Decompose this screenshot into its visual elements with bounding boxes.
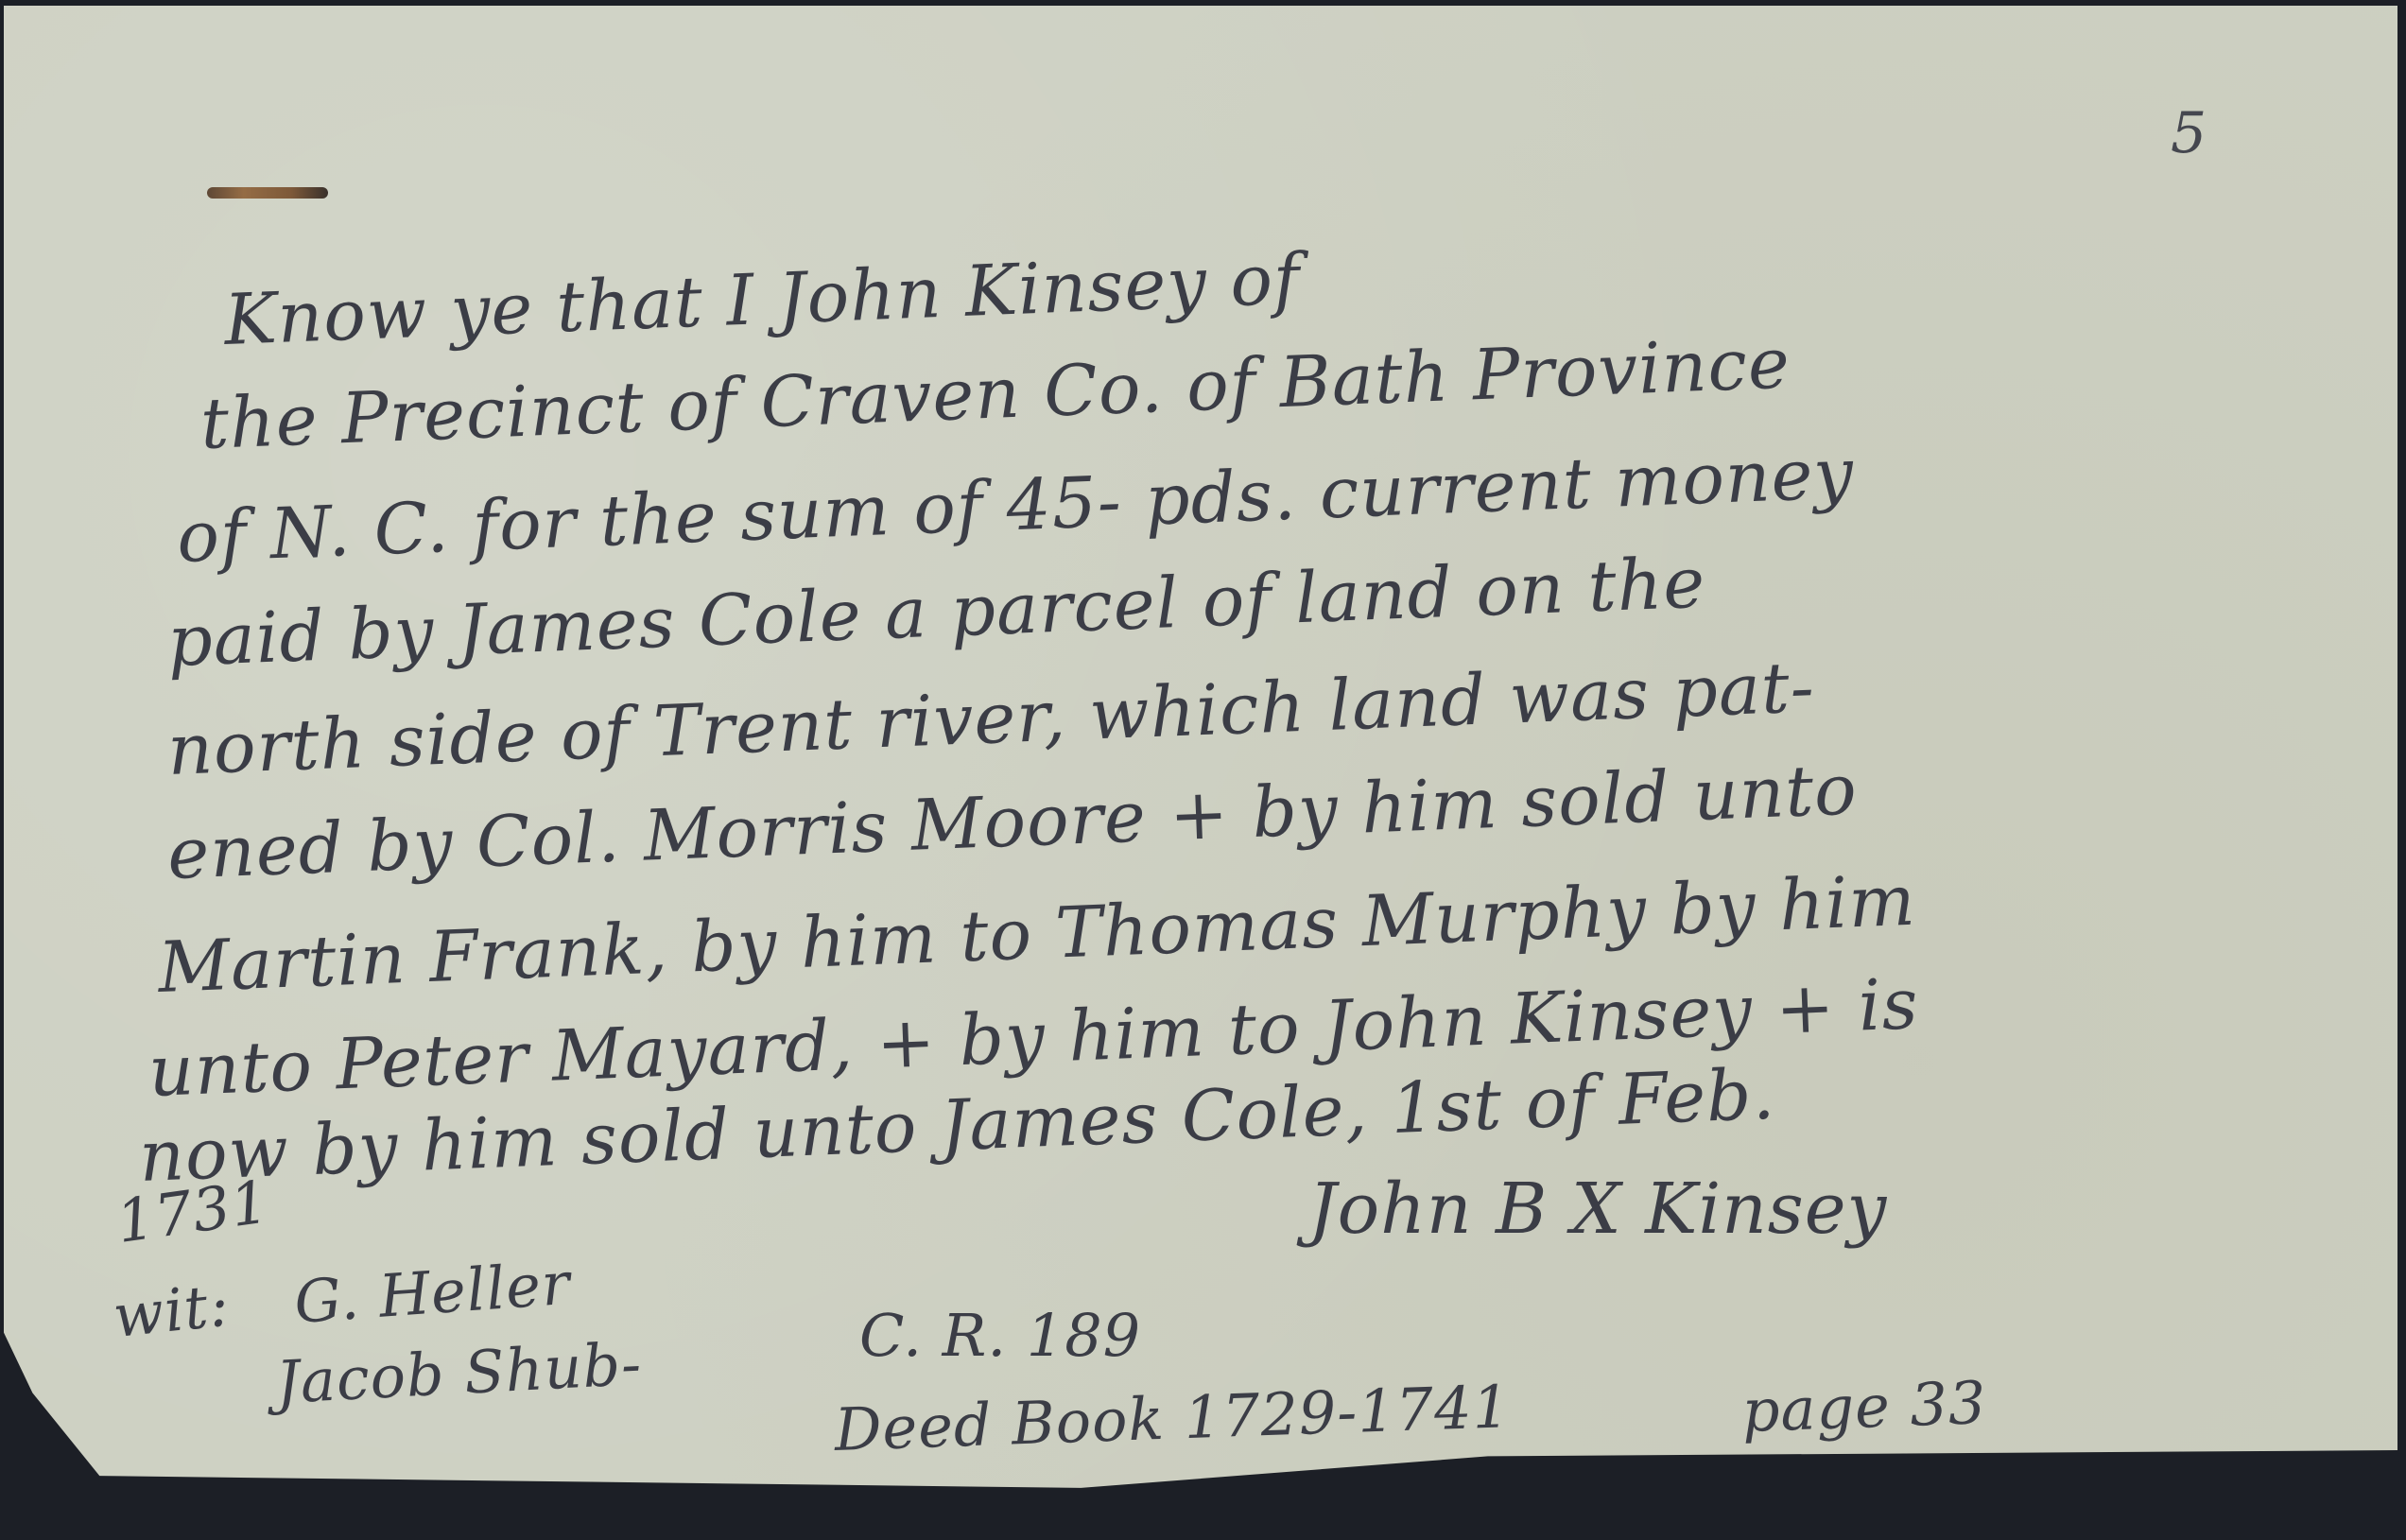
witness-2: Jacob Shub-	[274, 1329, 644, 1417]
record-reference: C. R. 189	[859, 1301, 1141, 1370]
paper-sheet: 5 Know ye that I John Kinsey of the Prec…	[4, 6, 2397, 1514]
witness-1: G. Heller	[292, 1249, 573, 1337]
page-number-mark: 5	[2171, 100, 2207, 166]
body-line-1: Know ye that I John Kinsey of	[223, 238, 1302, 361]
deed-book-reference: Deed Book 1729-1741	[833, 1372, 1512, 1464]
rust-stain-mark	[207, 187, 328, 199]
year: 1731	[113, 1167, 273, 1256]
signature: John B X Kinsey	[1308, 1168, 1887, 1250]
witness-label: wit:	[110, 1271, 233, 1351]
scanned-document: 5 Know ye that I John Kinsey of the Prec…	[0, 0, 2406, 1540]
page-reference: page 33	[1740, 1368, 1987, 1445]
